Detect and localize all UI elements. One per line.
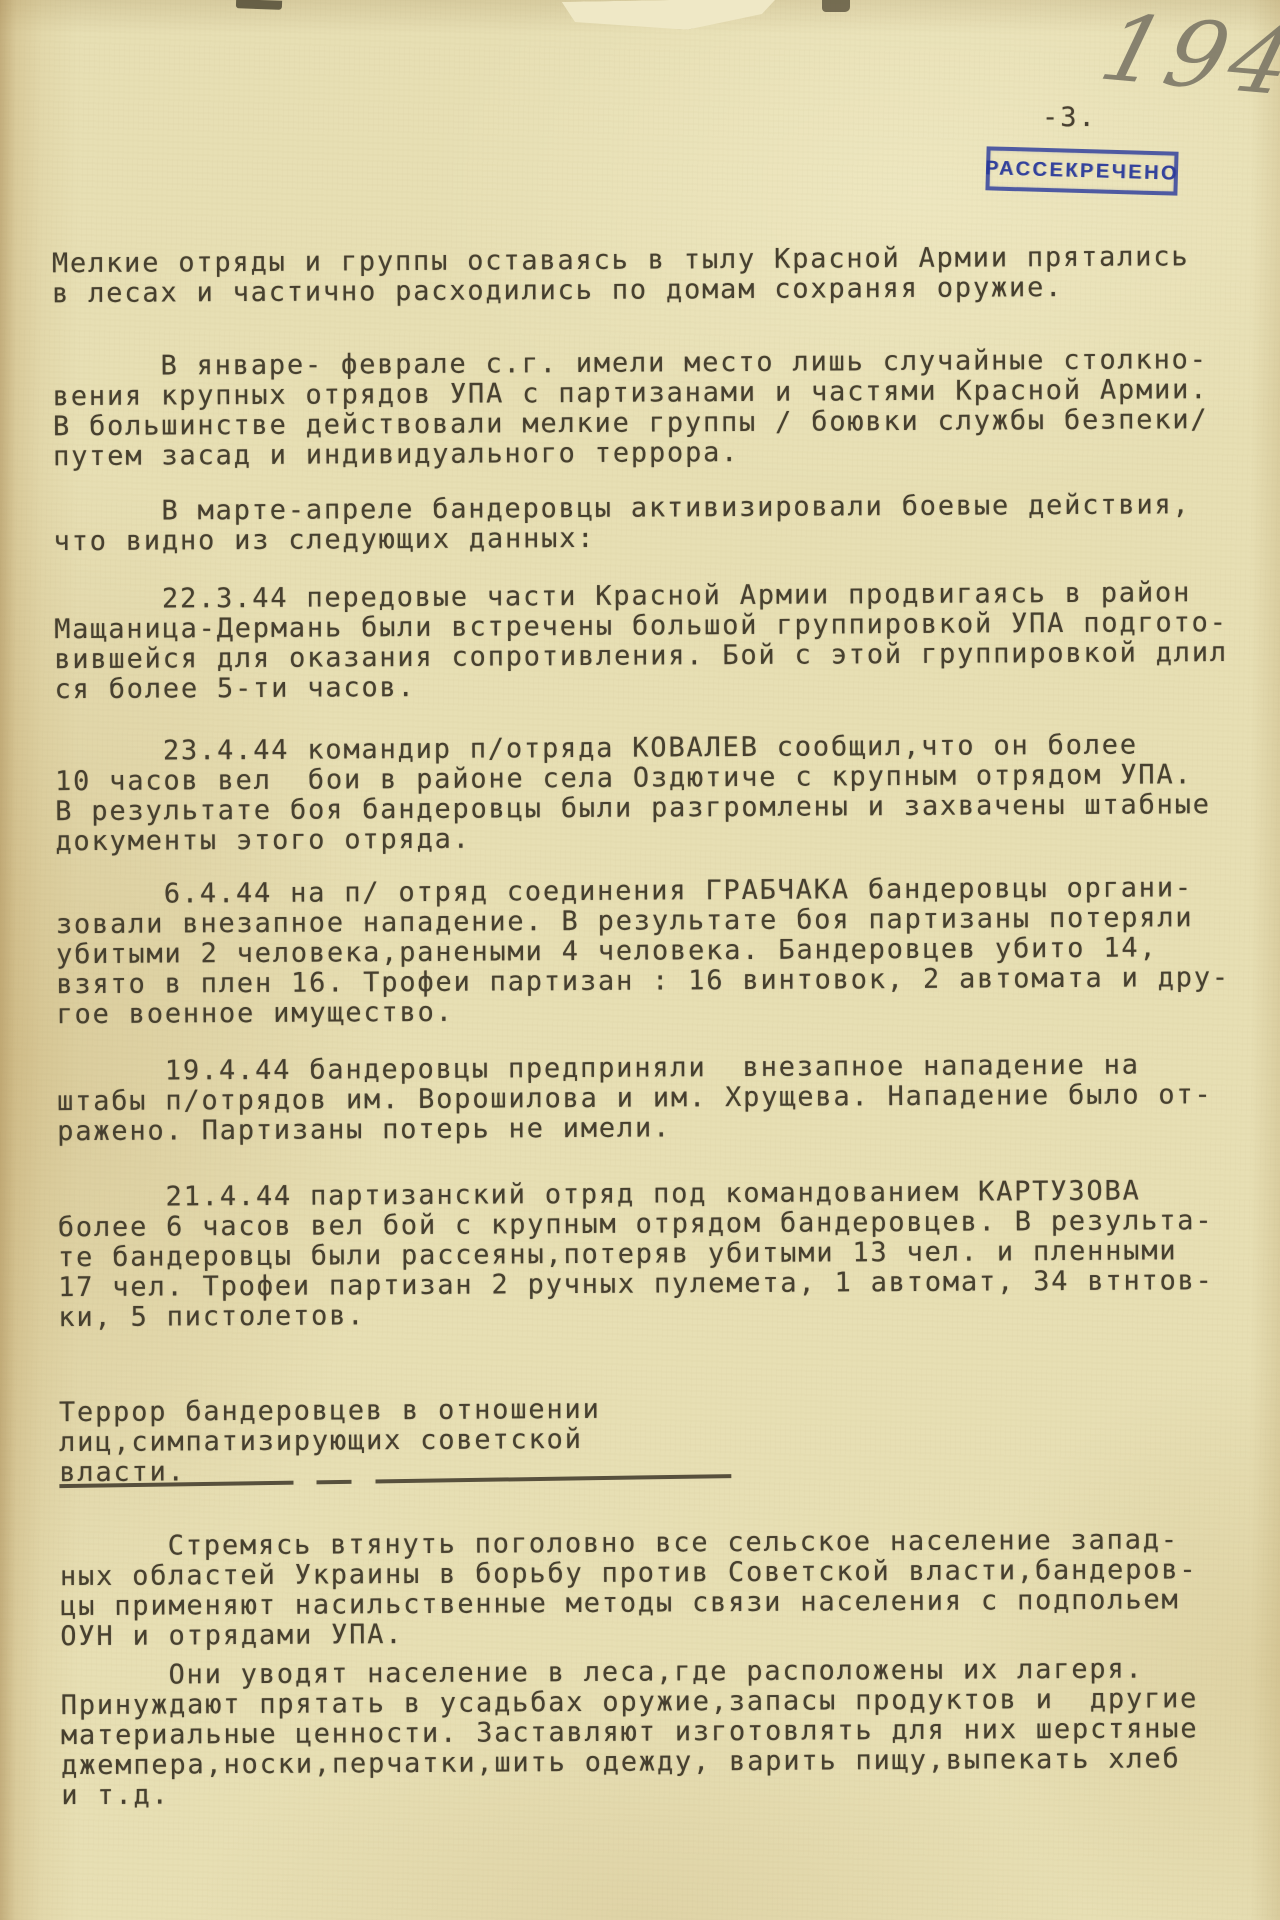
- paragraph: 23.4.44 командир п/отряда КОВАЛЕВ сообщи…: [55, 730, 1261, 857]
- paragraph: 21.4.44 партизанский отряд под командова…: [58, 1176, 1264, 1333]
- section-heading: Террор бандеровцев в отношении лиц,симпа…: [59, 1391, 1265, 1488]
- paragraph: В марте-апреле бандеровцы активизировали…: [53, 490, 1258, 557]
- paragraph: Стремясь втянуть поголовно все сельское …: [60, 1525, 1266, 1652]
- paragraph: В январе- феврале с.г. имели место лишь …: [52, 345, 1258, 472]
- paragraph: 22.3.44 передовые части Красной Армии пр…: [54, 578, 1260, 705]
- paragraph: 6.4.44 на п/ отряд соединения ГРАБЧАКА б…: [56, 873, 1262, 1030]
- typewritten-text: Мелкие отряды и группы оставаясь в тылу …: [0, 0, 1280, 1920]
- paragraph: 19.4.44 бандеровцы предприняли внезапное…: [57, 1050, 1263, 1147]
- paragraph: Они уводят население в леса,где располож…: [60, 1654, 1266, 1811]
- paragraph: Мелкие отряды и группы оставаясь в тылу …: [52, 242, 1257, 309]
- document-page: 194 -3. РАССЕКРЕЧЕНО Мелкие отряды и гру…: [0, 0, 1280, 1920]
